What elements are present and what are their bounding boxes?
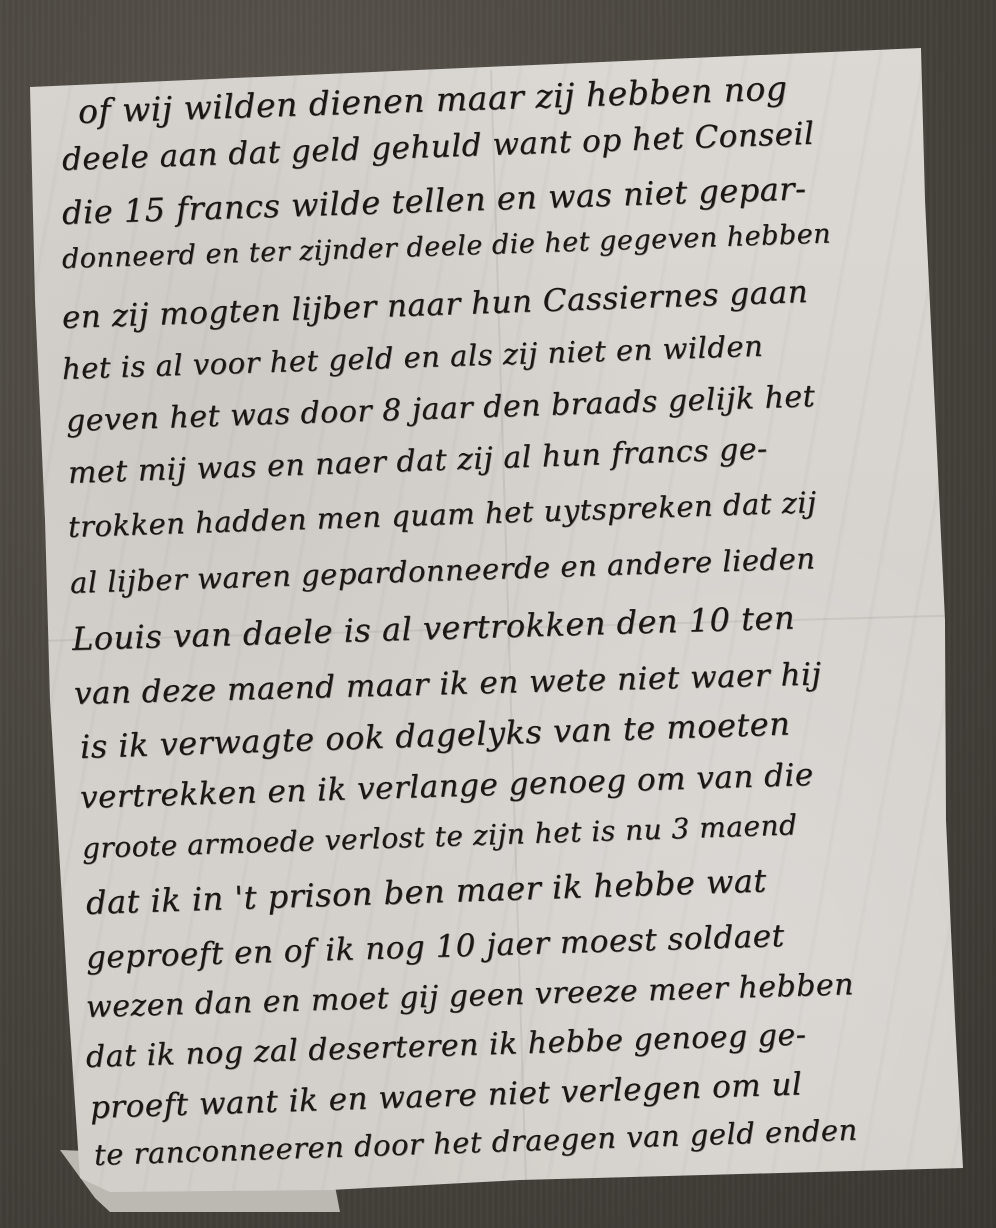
handwritten-line-16: dat ik in 't prison ben maer ik hebbe wa… [85, 861, 767, 922]
handwritten-line-19: dat ik nog zal deserteren ik hebbe genoe… [85, 1017, 806, 1075]
handwritten-line-7: geven het was door 8 jaar den braads gel… [65, 379, 815, 439]
handwritten-line-10: al lijber waren gepardonneerde en andere… [69, 541, 815, 600]
handwritten-line-17: geproeft en of ik nog 10 jaer moest sold… [85, 918, 785, 976]
handwritten-line-11: Louis van daele is al vertrokken den 10 … [71, 599, 795, 658]
handwritten-line-14: vertrekken en ik verlange genoeg om van … [79, 757, 814, 816]
handwritten-line-12: van deze maend maar ik en wete niet waer… [74, 656, 822, 712]
handwritten-text: of wij wilden dienen maar zij hebben nog… [0, 0, 996, 1228]
handwritten-line-5: en zij mogten lijber naar hun Cassiernes… [61, 274, 808, 336]
handwritten-line-6: het is al voor het geld en als zij niet … [61, 329, 763, 386]
handwritten-line-9: trokken hadden men quam het uytspreken d… [67, 485, 817, 544]
handwritten-line-15: groote armoede verlost te zijn het is nu… [81, 808, 797, 865]
handwritten-line-8: met mij was en naer dat zij al hun franc… [67, 432, 768, 491]
handwritten-line-13: is ik verwagte ook dagelyks van te moete… [79, 704, 790, 766]
handwritten-line-18: wezen dan en moet gij geen vreeze meer h… [85, 967, 854, 1025]
